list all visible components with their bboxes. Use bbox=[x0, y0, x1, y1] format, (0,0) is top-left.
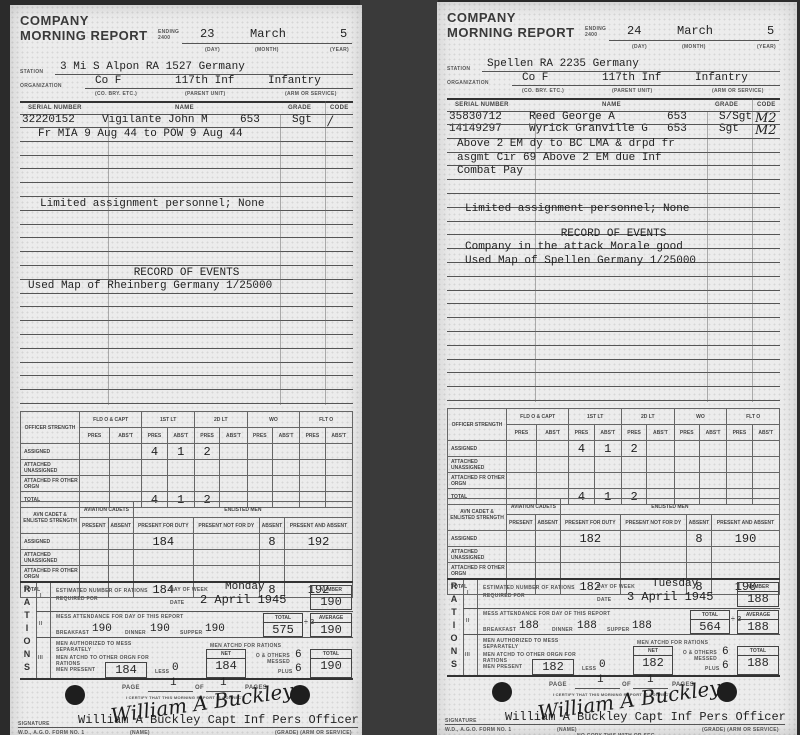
officer-count-cell bbox=[109, 444, 141, 460]
report-year: 5 bbox=[767, 24, 774, 38]
mess-average-box: AVERAGE 190 bbox=[310, 613, 352, 637]
report-month: March bbox=[677, 24, 713, 38]
rations-letter: T bbox=[447, 606, 461, 619]
remark-line: Above 2 EM dy to BC LMA & drpd fr bbox=[457, 138, 675, 150]
rations-part-ii: II bbox=[39, 621, 42, 627]
rations-letter: O bbox=[447, 632, 461, 645]
arm-value: Infantry bbox=[268, 75, 321, 87]
specialty-code: 653 bbox=[667, 111, 687, 123]
rations-part-i: I bbox=[467, 590, 469, 596]
serial-number: 32220152 bbox=[22, 114, 75, 126]
form-title: COMPANY MORNING REPORT bbox=[20, 13, 148, 43]
pres-header: PRES bbox=[194, 428, 219, 444]
officer-count-cell bbox=[80, 476, 110, 492]
absent-header: ABSENT bbox=[535, 515, 560, 531]
date-label: DATE bbox=[170, 600, 184, 606]
officer-group-header: FLT O bbox=[300, 412, 353, 428]
officer-count-cell: 4 bbox=[569, 441, 594, 457]
supper-value: 190 bbox=[205, 623, 225, 635]
enlisted-count-cell bbox=[284, 566, 352, 582]
row-label-assigned: ASSIGNED bbox=[21, 444, 80, 460]
rations-letter: T bbox=[20, 609, 34, 622]
enlisted-count-cell bbox=[80, 566, 109, 582]
officer-count-cell bbox=[109, 460, 141, 476]
ration-number-box: NUMBER 188 bbox=[737, 582, 779, 607]
officer-count-cell bbox=[80, 444, 110, 460]
pres-header: PRES bbox=[247, 428, 272, 444]
row-label-assigned: ASSIGNED bbox=[448, 531, 507, 547]
report-day: 24 bbox=[627, 24, 641, 38]
men-present-label: MEN PRESENT bbox=[56, 667, 95, 673]
record-of-events-title: RECORD OF EVENTS bbox=[20, 267, 353, 279]
dinner-value: 190 bbox=[150, 623, 170, 635]
mess-total-value: 575 bbox=[264, 623, 302, 637]
abst-header: ABS'T bbox=[594, 425, 621, 441]
limited-assignment-line: Limited assignment personnel; None bbox=[40, 198, 264, 210]
name-column-header: NAME bbox=[175, 105, 194, 111]
net-box: NET 182 bbox=[633, 646, 673, 675]
absent-header: ABSENT bbox=[108, 518, 133, 534]
abst-header: ABS'T bbox=[220, 428, 247, 444]
rations-total-value: 190 bbox=[311, 659, 351, 673]
year-sublabel: (YEAR) bbox=[330, 47, 349, 53]
row-label-attached-other: ATTACHED FR OTHER ORGN bbox=[21, 476, 80, 492]
officer-count-cell bbox=[80, 460, 110, 476]
o-others-messed-label: O & OTHERS MESSED bbox=[240, 653, 290, 665]
ending-label: ENDING 2400 bbox=[158, 29, 182, 41]
men-authorized-label: MEN AUTHORIZED TO MESS SEPARATELY bbox=[56, 641, 166, 653]
officer-count-cell bbox=[752, 441, 779, 457]
men-present-box: 184 bbox=[105, 662, 147, 678]
day-sublabel: (DAY) bbox=[205, 47, 220, 53]
org-sublabel-3: (ARM OR SERVICE) bbox=[712, 88, 764, 94]
officer-count-cell: 1 bbox=[167, 444, 194, 460]
enlisted-count-cell bbox=[507, 563, 536, 579]
officer-count-cell bbox=[272, 444, 299, 460]
ration-date-value: 3 April 1945 bbox=[627, 590, 713, 604]
present-for-duty-header: PRESENT FOR DUTY bbox=[133, 518, 193, 534]
enlisted-count-cell bbox=[284, 550, 352, 566]
officer-count-cell: 1 bbox=[594, 441, 621, 457]
page-value: 1 bbox=[597, 674, 604, 686]
enlisted-count-cell bbox=[711, 563, 779, 579]
rations-total-box: TOTAL 190 bbox=[310, 649, 352, 678]
officer-count-cell bbox=[647, 457, 674, 473]
rations-letter: A bbox=[447, 593, 461, 606]
serial-column-header: SERIAL NUMBER bbox=[455, 102, 509, 108]
form-title: COMPANY MORNING REPORT bbox=[447, 10, 575, 40]
aviation-cadets-header: AVIATION CADETS bbox=[80, 502, 134, 518]
abst-header: ABS'T bbox=[699, 425, 726, 441]
report-month: March bbox=[250, 27, 286, 41]
rations-letter: S bbox=[447, 658, 461, 671]
men-present-value: 184 bbox=[106, 663, 146, 677]
enlisted-count-cell bbox=[535, 547, 560, 563]
enlisted-count-cell: 8 bbox=[259, 534, 284, 550]
enlisted-count-cell bbox=[620, 531, 686, 547]
signer-name: William A Buckley Capt Inf Pers Officer bbox=[78, 713, 359, 727]
pres-header: PRES bbox=[507, 425, 537, 441]
org-sublabel-1: (CO. BRY. ETC.) bbox=[95, 91, 137, 97]
estimated-rations-label: ESTIMATED NUMBER OF RATIONS REQUIRED FOR bbox=[56, 587, 156, 603]
enlisted-count-cell bbox=[535, 563, 560, 579]
enlisted-count-cell: 182 bbox=[560, 531, 620, 547]
breakfast-label: BREAKFAST bbox=[483, 627, 516, 633]
officer-group-header: FLD O & CAPT bbox=[80, 412, 142, 428]
plus-value: 6 bbox=[295, 663, 302, 675]
officer-group-header: FLD O & CAPT bbox=[507, 409, 569, 425]
less-value: 0 bbox=[599, 659, 606, 671]
ration-number-value: 188 bbox=[738, 592, 778, 606]
enlisted-count-cell bbox=[133, 566, 193, 582]
pres-header: PRES bbox=[300, 428, 325, 444]
name-sublabel: (NAME) bbox=[130, 730, 150, 735]
punch-hole-left bbox=[65, 685, 85, 705]
day-of-week-value: Monday bbox=[225, 581, 265, 593]
rations-letter: S bbox=[20, 661, 34, 674]
mess-average-value: 190 bbox=[311, 623, 351, 637]
ending-label: ENDING 2400 bbox=[585, 26, 609, 38]
enlisted-count-cell bbox=[507, 547, 536, 563]
row-label-attached-other: ATTACHED FR OTHER ORGN bbox=[448, 473, 507, 489]
abst-header: ABS'T bbox=[647, 425, 674, 441]
enlisted-men-header: ENLISTED MEN bbox=[560, 499, 779, 515]
officer-count-cell bbox=[109, 476, 141, 492]
officer-count-cell bbox=[594, 457, 621, 473]
dinner-value: 188 bbox=[577, 620, 597, 632]
background-gap bbox=[360, 0, 438, 735]
rations-section: RATIONS I II III ESTIMATED NUMBER OF RAT… bbox=[20, 581, 353, 680]
code-column-header: CODE bbox=[757, 102, 776, 108]
enlisted-strength-label: AVN CADET & ENLISTED STRENGTH bbox=[448, 499, 507, 531]
absent-header: ABSENT bbox=[686, 515, 711, 531]
remark-line: asgmt Cir 69 Above 2 EM due Inf bbox=[457, 152, 662, 164]
abst-header: ABS'T bbox=[272, 428, 299, 444]
row-label-attached-other: ATTACHED FR OTHER ORGN bbox=[448, 563, 507, 579]
officer-count-cell bbox=[621, 473, 646, 489]
breakfast-value: 188 bbox=[519, 620, 539, 632]
officer-count-cell bbox=[536, 441, 568, 457]
enlisted-count-cell bbox=[620, 547, 686, 563]
row-label-attached-unassigned: ATTACHED UNASSIGNED bbox=[448, 457, 507, 473]
grade-sublabel: (GRADE) (ARM OR SERVICE) bbox=[275, 730, 352, 735]
men-present-label: MEN PRESENT bbox=[483, 664, 522, 670]
grade-sublabel: (GRADE) (ARM OR SERVICE) bbox=[702, 727, 779, 733]
officer-group-header: 2D LT bbox=[621, 409, 674, 425]
enlisted-count-cell bbox=[80, 534, 109, 550]
officer-count-cell bbox=[220, 460, 247, 476]
rations-part-ii: II bbox=[466, 618, 469, 624]
event-line: Used Map of Spellen Germany 1/25000 bbox=[465, 255, 696, 267]
plus-label: PLUS bbox=[705, 666, 720, 672]
absent-header: ABSENT bbox=[259, 518, 284, 534]
rations-vertical-label: RATIONS bbox=[20, 583, 34, 674]
serial-number: 35830712 bbox=[449, 111, 502, 123]
parent-unit-value: 117th Inf bbox=[602, 72, 661, 84]
row-label-assigned: ASSIGNED bbox=[21, 534, 80, 550]
officer-count-cell bbox=[536, 473, 568, 489]
officer-count-cell bbox=[569, 457, 594, 473]
officer-count-cell bbox=[621, 457, 646, 473]
estimated-rations-label: ESTIMATED NUMBER OF RATIONS REQUIRED FOR bbox=[483, 584, 583, 600]
abst-header: ABS'T bbox=[167, 428, 194, 444]
officer-group-header: FLT O bbox=[727, 409, 780, 425]
officer-group-header: WO bbox=[674, 409, 727, 425]
officer-count-cell bbox=[142, 476, 167, 492]
year-sublabel: (YEAR) bbox=[757, 44, 776, 50]
enlisted-count-cell bbox=[560, 563, 620, 579]
specialty-code: 653 bbox=[240, 114, 260, 126]
status-code: M2 bbox=[755, 123, 777, 138]
enlisted-count-cell bbox=[108, 550, 133, 566]
present-not-for-duty-header: PRESENT NOT FOR DY bbox=[620, 515, 686, 531]
rations-part-iii: III bbox=[465, 652, 470, 658]
station-value: Spellen RA 2235 Germany bbox=[487, 58, 639, 70]
rations-vertical-label: RATIONS bbox=[447, 580, 461, 671]
day-sublabel: (DAY) bbox=[632, 44, 647, 50]
enlisted-count-cell bbox=[193, 566, 259, 582]
remark-line: Fr MIA 9 Aug 44 to POW 9 Aug 44 bbox=[38, 128, 243, 140]
less-label: LESS bbox=[582, 666, 596, 672]
supper-label: SUPPER bbox=[180, 630, 202, 636]
record-of-events-title: RECORD OF EVENTS bbox=[447, 228, 780, 240]
organization-label: ORGANIZATION bbox=[20, 83, 62, 89]
mess-average-box: AVERAGE 188 bbox=[737, 610, 779, 634]
org-sublabel-2: (PARENT UNIT) bbox=[185, 91, 225, 97]
enlisted-strength-label: AVN CADET & ENLISTED STRENGTH bbox=[21, 502, 80, 534]
officer-count-cell bbox=[727, 473, 752, 489]
net-box: NET 184 bbox=[206, 649, 246, 678]
row-label-attached-unassigned: ATTACHED UNASSIGNED bbox=[21, 460, 80, 476]
mess-attendance-label: MESS ATTENDANCE FOR DAY OF THIS REPORT bbox=[483, 611, 611, 617]
pres-header: PRES bbox=[674, 425, 699, 441]
o-others-messed-value: 6 bbox=[295, 649, 302, 661]
mess-average-value: 188 bbox=[738, 620, 778, 634]
officer-strength-table: OFFICER STRENGTHFLD O & CAPT1ST LT2D LTW… bbox=[20, 411, 353, 508]
grade-column-header: GRADE bbox=[715, 102, 738, 108]
org-sublabel-2: (PARENT UNIT) bbox=[612, 88, 652, 94]
abst-header: ABS'T bbox=[752, 425, 779, 441]
officer-count-cell bbox=[647, 441, 674, 457]
enlisted-count-cell bbox=[711, 547, 779, 563]
plus-label: PLUS bbox=[278, 669, 293, 675]
rations-letter: O bbox=[20, 635, 34, 648]
rations-letter: I bbox=[20, 622, 34, 635]
officer-count-cell bbox=[272, 476, 299, 492]
rations-part-iii: III bbox=[38, 655, 43, 661]
report-day: 23 bbox=[200, 27, 214, 41]
rations-total-box: TOTAL 188 bbox=[737, 646, 779, 675]
pres-header: PRES bbox=[569, 425, 594, 441]
aviation-cadets-header: AVIATION CADETS bbox=[507, 499, 561, 515]
date-label: DATE bbox=[597, 597, 611, 603]
present-header: PRESENT bbox=[507, 515, 536, 531]
abst-header: ABS'T bbox=[109, 428, 141, 444]
enlisted-count-cell: 192 bbox=[284, 534, 352, 550]
serial-column-header: SERIAL NUMBER bbox=[28, 105, 82, 111]
rations-part-i: I bbox=[40, 593, 42, 599]
net-value: 182 bbox=[634, 656, 672, 670]
pres-header: PRES bbox=[80, 428, 110, 444]
rations-letter: N bbox=[20, 648, 34, 661]
officer-count-cell bbox=[674, 473, 699, 489]
officer-count-cell bbox=[752, 457, 779, 473]
org-sublabel-1: (CO. BRY. ETC.) bbox=[522, 88, 564, 94]
remark-line: Combat Pay bbox=[457, 165, 523, 177]
day-of-week-value: Tuesday bbox=[652, 578, 698, 590]
enlisted-count-cell bbox=[560, 547, 620, 563]
breakfast-value: 190 bbox=[92, 623, 112, 635]
arm-value: Infantry bbox=[695, 72, 748, 84]
form-number: W.D., A.G.O. FORM NO. 1 bbox=[445, 727, 511, 733]
officer-count-cell bbox=[507, 473, 537, 489]
rations-letter: A bbox=[20, 596, 34, 609]
officer-group-header: 2D LT bbox=[194, 412, 247, 428]
officer-count-cell bbox=[325, 460, 352, 476]
report-year: 5 bbox=[340, 27, 347, 41]
org-sublabel-3: (ARM OR SERVICE) bbox=[285, 91, 337, 97]
men-present-box: 182 bbox=[532, 659, 574, 675]
morning-report-card-2: COMPANY MORNING REPORT ENDING 2400 24 Ma… bbox=[437, 2, 797, 735]
page-label: PAGE bbox=[122, 685, 140, 691]
officer-count-cell bbox=[220, 444, 247, 460]
mess-total-value: 564 bbox=[691, 620, 729, 634]
officer-count-cell: 2 bbox=[194, 444, 219, 460]
officer-strength-label: OFFICER STRENGTH bbox=[21, 412, 80, 444]
officer-count-cell bbox=[594, 473, 621, 489]
officer-count-cell bbox=[142, 460, 167, 476]
pres-header: PRES bbox=[727, 425, 752, 441]
enlisted-count-cell bbox=[80, 550, 109, 566]
enlisted-count-cell: 184 bbox=[133, 534, 193, 550]
mess-total-box: TOTAL 575 bbox=[263, 613, 303, 637]
officer-count-cell bbox=[300, 476, 325, 492]
enlisted-count-cell: 190 bbox=[711, 531, 779, 547]
o-others-messed-value: 6 bbox=[722, 646, 729, 658]
present-header: PRESENT bbox=[80, 518, 109, 534]
officer-count-cell bbox=[194, 460, 219, 476]
punch-hole-left bbox=[492, 682, 512, 702]
plus-value: 6 bbox=[722, 660, 729, 672]
officer-group-header: WO bbox=[247, 412, 300, 428]
rations-section: RATIONS I II III ESTIMATED NUMBER OF RAT… bbox=[447, 578, 780, 677]
rations-letter: R bbox=[20, 583, 34, 596]
officer-count-cell bbox=[507, 441, 537, 457]
officer-count-cell bbox=[536, 457, 568, 473]
officer-strength-label: OFFICER STRENGTH bbox=[448, 409, 507, 441]
event-line: Used Map of Rheinberg Germany 1/25000 bbox=[28, 280, 272, 292]
officer-count-cell bbox=[167, 476, 194, 492]
supper-label: SUPPER bbox=[607, 627, 629, 633]
dinner-label: DINNER bbox=[125, 630, 146, 636]
officer-count-cell bbox=[569, 473, 594, 489]
organization-label: ORGANIZATION bbox=[447, 80, 489, 86]
officer-count-cell: 4 bbox=[142, 444, 167, 460]
officer-count-cell bbox=[727, 457, 752, 473]
name-column-header: NAME bbox=[602, 102, 621, 108]
station-value: 3 Mi S Alpon RA 1527 Germany bbox=[60, 61, 245, 73]
grade: Sgt bbox=[292, 114, 312, 126]
enlisted-count-cell bbox=[193, 550, 259, 566]
enlisted-count-cell bbox=[507, 531, 536, 547]
signer-name: William A Buckley Capt Inf Pers Officer bbox=[505, 710, 786, 724]
enlisted-count-cell bbox=[133, 550, 193, 566]
present-not-for-duty-header: PRESENT NOT FOR DY bbox=[193, 518, 259, 534]
row-label-attached-unassigned: ATTACHED UNASSIGNED bbox=[21, 550, 80, 566]
form-number: W.D., A.G.O. FORM NO. 1 bbox=[18, 730, 84, 735]
rations-total-value: 188 bbox=[738, 656, 778, 670]
o-others-messed-label: O & OTHERS MESSED bbox=[667, 650, 717, 662]
enlisted-count-cell bbox=[620, 563, 686, 579]
station-label: STATION bbox=[447, 66, 470, 72]
enlisted-count-cell bbox=[259, 566, 284, 582]
enlisted-count-cell bbox=[535, 531, 560, 547]
officer-count-cell bbox=[272, 460, 299, 476]
person-name: Reed George A bbox=[529, 111, 615, 123]
present-and-absent-header: PRESENT AND ABSENT bbox=[711, 515, 779, 531]
enlisted-count-cell bbox=[686, 563, 711, 579]
rations-letter: R bbox=[447, 580, 461, 593]
men-authorized-label: MEN AUTHORIZED TO MESS SEPARATELY bbox=[483, 638, 593, 650]
ration-date-value: 2 April 1945 bbox=[200, 593, 286, 607]
supper-value: 188 bbox=[632, 620, 652, 632]
ration-number-box: NUMBER 190 bbox=[310, 585, 352, 610]
pres-header: PRES bbox=[621, 425, 646, 441]
present-and-absent-header: PRESENT AND ABSENT bbox=[284, 518, 352, 534]
enlisted-men-header: ENLISTED MEN bbox=[133, 502, 352, 518]
event-line: Company in the attack Morale good bbox=[465, 241, 683, 253]
enlisted-count-cell bbox=[259, 550, 284, 566]
officer-count-cell bbox=[194, 476, 219, 492]
row-label-attached-unassigned: ATTACHED UNASSIGNED bbox=[448, 547, 507, 563]
abst-header: ABS'T bbox=[536, 425, 568, 441]
pres-header: PRES bbox=[142, 428, 167, 444]
officer-group-header: 1ST LT bbox=[569, 409, 622, 425]
officer-count-cell bbox=[325, 444, 352, 460]
officer-count-cell bbox=[300, 460, 325, 476]
row-label-attached-other: ATTACHED FR OTHER ORGN bbox=[21, 566, 80, 582]
officer-strength-table: OFFICER STRENGTHFLD O & CAPT1ST LT2D LTW… bbox=[447, 408, 780, 505]
officer-count-cell bbox=[247, 460, 272, 476]
officer-count-cell bbox=[300, 444, 325, 460]
grade: S/Sgt bbox=[719, 111, 752, 123]
row-label-assigned: ASSIGNED bbox=[448, 441, 507, 457]
men-present-value: 182 bbox=[533, 660, 573, 674]
officer-count-cell bbox=[699, 457, 726, 473]
enlisted-count-cell bbox=[193, 534, 259, 550]
station-label: STATION bbox=[20, 69, 43, 75]
dinner-label: DINNER bbox=[552, 627, 573, 633]
month-sublabel: (MONTH) bbox=[682, 44, 706, 50]
parent-unit-value: 117th Inf bbox=[175, 75, 234, 87]
rations-letter: I bbox=[447, 619, 461, 632]
officer-count-cell bbox=[507, 457, 537, 473]
officer-count-cell bbox=[247, 476, 272, 492]
company-value: Co F bbox=[522, 72, 548, 84]
breakfast-label: BREAKFAST bbox=[56, 630, 89, 636]
month-sublabel: (MONTH) bbox=[255, 47, 279, 53]
less-label: LESS bbox=[155, 669, 169, 675]
less-value: 0 bbox=[172, 662, 179, 674]
name-sublabel: (NAME) bbox=[557, 727, 577, 733]
enlisted-count-cell: 8 bbox=[686, 531, 711, 547]
officer-count-cell: 2 bbox=[621, 441, 646, 457]
officer-count-cell bbox=[647, 473, 674, 489]
company-value: Co F bbox=[95, 75, 121, 87]
net-value: 184 bbox=[207, 659, 245, 673]
enlisted-count-cell bbox=[108, 566, 133, 582]
grade-column-header: GRADE bbox=[288, 105, 311, 111]
